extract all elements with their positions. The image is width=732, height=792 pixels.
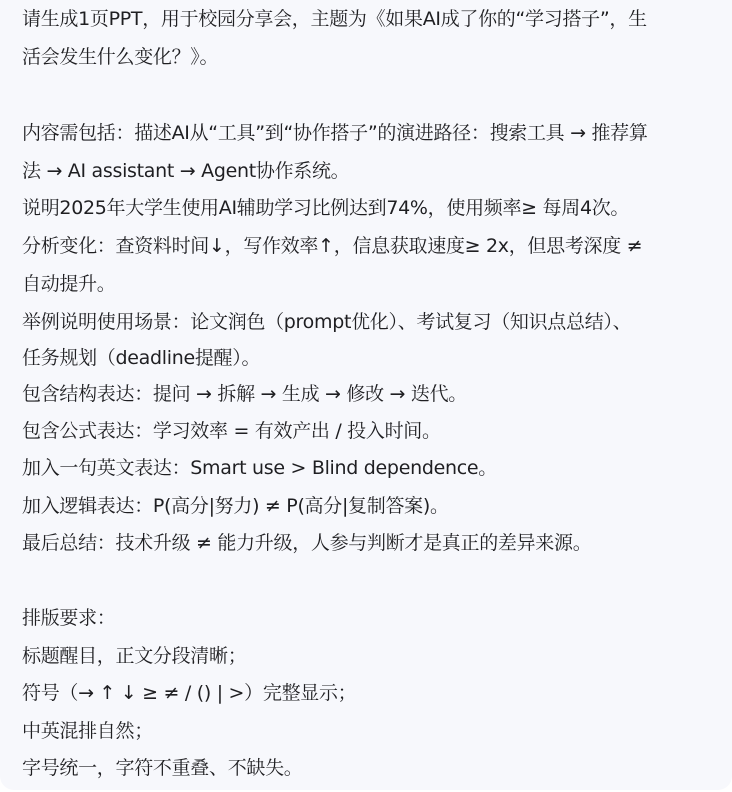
message-line-12: 包含公式表达：学习效率 = 有效产出 / 投入时间。 [22,419,441,443]
message-line-20: 中英混排自然； [22,719,153,743]
message-line-7: 分析变化：查资料时间↓，写作效率↑，信息获取速度≥ 2x，但思考深度 ≠ [22,234,642,258]
message-line-21: 字号统一，字符不重叠、不缺失。 [22,756,303,780]
message-line-4: 内容需包括：描述AI从“工具”到“协作搭子”的演进路径：搜索工具 → 推荐算 [22,121,648,145]
message-line-18: 标题醒目，正文分段清晰； [22,644,246,668]
message-line-5: 法 → AI assistant → Agent协作系统。 [22,159,349,183]
message-line-6: 说明2025年大学生使用AI辅助学习比例达到74%，使用频率≥ 每周4次。 [22,196,629,220]
message-line-1: 请生成1页PPT，用于校园分享会，主题为《如果AI成了你的“学习搭子”，生 [22,7,647,31]
message-line-15: 最后总结：技术升级 ≠ 能力升级，人参与判断才是真正的差异来源。 [22,531,591,555]
message-line-17: 排版要求： [22,606,116,630]
message-line-19: 符号（→ ↑ ↓ ≥ ≠ / () | >）完整显示； [22,681,356,705]
user-message-bubble: 请生成1页PPT，用于校园分享会，主题为《如果AI成了你的“学习搭子”，生 活会… [0,0,732,790]
message-line-11: 包含结构表达：提问 → 拆解 → 生成 → 修改 → 迭代。 [22,382,467,406]
message-line-8: 自动提升。 [22,272,116,296]
message-line-14: 加入逻辑表达：P(高分|努力) ≠ P(高分|复制答案)。 [22,494,449,518]
message-line-2: 活会发生什么变化？》。 [22,45,218,69]
message-line-9: 举例说明使用场景：论文润色（prompt优化）、考试复习（知识点总结）、 [22,310,631,334]
message-line-13: 加入一句英文表达：Smart use > Blind dependence。 [22,456,497,480]
message-line-10: 任务规划（deadline提醒）。 [22,346,260,370]
